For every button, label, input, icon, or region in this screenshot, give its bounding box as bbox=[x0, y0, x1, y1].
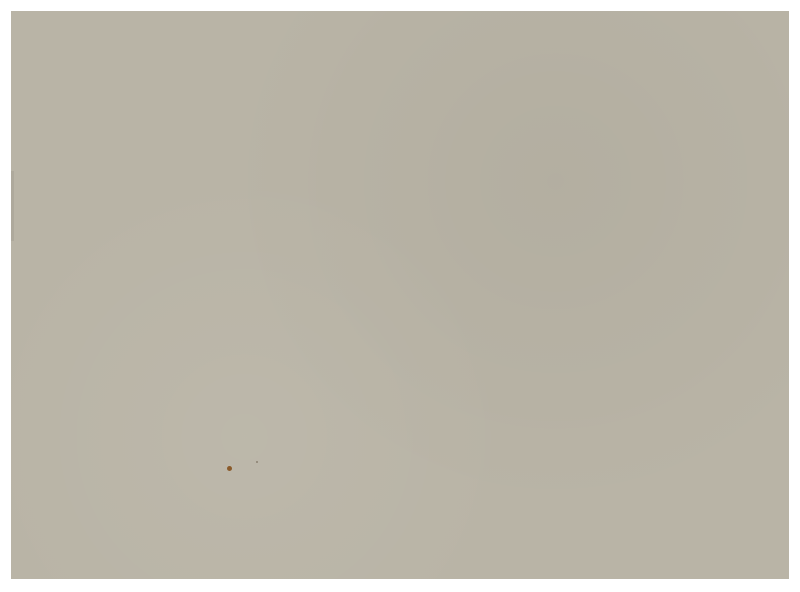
stain-spot bbox=[227, 466, 232, 471]
dust-speck bbox=[256, 461, 258, 463]
paper-crease bbox=[11, 171, 14, 241]
blank-paper-sheet bbox=[11, 11, 789, 579]
